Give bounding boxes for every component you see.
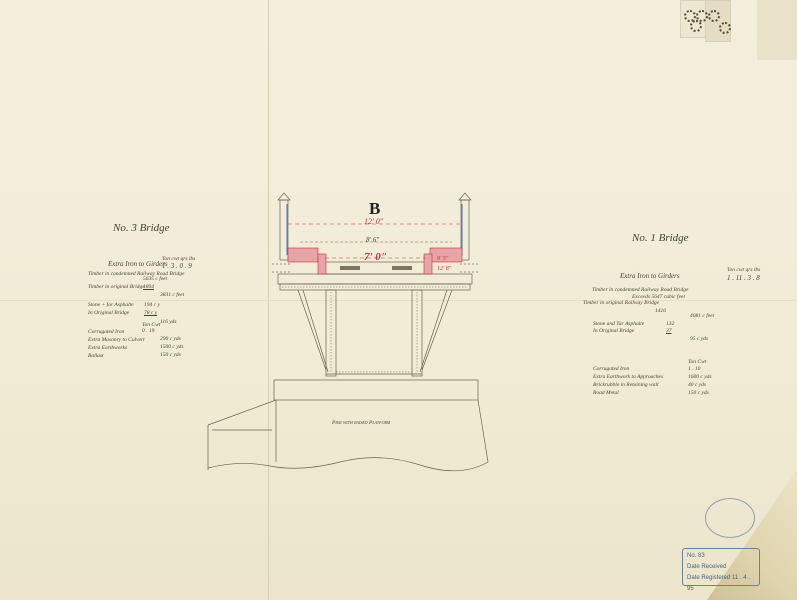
left-line-label: Timber in original Bridge xyxy=(88,284,145,290)
right-units-tons: Ton Cwt xyxy=(688,359,706,365)
dimension-top-width: 12' 0" xyxy=(364,217,383,226)
stamp-date-registered: Date Registered 11 . 4 . 95 xyxy=(687,573,755,595)
right-line-label: Timber in original Railway Bridge xyxy=(583,300,659,306)
right-line-label: Brickrubble in Retaining wall xyxy=(593,382,659,388)
left-line-value: 3831 c feet xyxy=(160,292,184,298)
right-line-value: 95 c yds xyxy=(690,336,708,342)
stamp-date-received: Date Received xyxy=(687,562,755,573)
dimension-right-1: 9' 5" xyxy=(437,256,448,262)
right-line-label: Road Metal xyxy=(593,390,619,396)
right-line-value: 1 . 10 xyxy=(688,366,700,372)
left-line-value: 0 . 19 xyxy=(142,328,154,334)
left-line-label: Corrugated Iron xyxy=(88,329,124,335)
right-line-value: 1600 c yds xyxy=(688,374,712,380)
left-line-label: Stone + for Asphalte xyxy=(88,302,134,308)
right-line-label: In Original Bridge xyxy=(593,328,634,334)
crown-seal-stamp-icon xyxy=(705,498,755,538)
right-line-value: 37 xyxy=(666,328,672,334)
right-units-header: Ton cwt qrs lbs xyxy=(727,267,760,273)
left-line-value: 290 c yds xyxy=(160,336,181,342)
left-line-value: 1 . 3 . 0 . 9 xyxy=(162,262,192,270)
stamp-number: No. 83 xyxy=(687,551,755,562)
bridge-section-drawing xyxy=(0,0,797,600)
right-line-value: 132 xyxy=(666,321,674,327)
right-panel-title: No. 1 Bridge xyxy=(632,232,689,244)
dimension-right-2: 12' 8" xyxy=(437,266,451,272)
right-line-label: Corrugated Iron xyxy=(593,366,629,372)
left-line-label: Timber in condemned Railway Road Bridge xyxy=(88,271,184,277)
left-line-value: 1804 xyxy=(143,284,154,290)
left-line-value: 5635 c feet xyxy=(143,276,167,282)
left-line-label: Ballast xyxy=(88,353,104,359)
pier-label: Pier with raised Platform xyxy=(332,420,390,426)
right-line-label: Extra Iron to Girders xyxy=(620,272,680,280)
right-line-label: Extra Earthwork to Approaches xyxy=(593,374,663,380)
dimension-inner-width: 7' 0" xyxy=(364,251,387,263)
dimension-mid-width: 8' 6" xyxy=(366,236,379,244)
left-line-value: 78 c y xyxy=(144,310,157,316)
left-line-label: Extra Iron to Girders xyxy=(108,260,168,268)
left-line-value: 1500 c yds xyxy=(160,344,184,350)
right-line-value: 40 c yds xyxy=(688,382,706,388)
left-line-value: 116 yds xyxy=(160,319,177,325)
left-line-value: 194 c y xyxy=(144,302,160,308)
left-line-value: 150 c yds xyxy=(160,352,181,358)
left-line-label: Extra Masonry to Culvert xyxy=(88,337,145,343)
section-label: B xyxy=(369,199,380,219)
left-line-label: In Original Bridge xyxy=(88,310,129,316)
right-line-value: 1416 xyxy=(655,308,666,314)
right-line-label: Timber in condemned Railway Road Bridge xyxy=(592,287,688,293)
left-panel-title: No. 3 Bridge xyxy=(113,222,170,234)
right-line-label: Stone and Tar Asphalte xyxy=(593,321,644,327)
left-line-label: Extra Earthworks xyxy=(88,345,127,351)
drawing-sheet: B 12' 0" 8' 6" 7' 0" 9' 5" 12' 8" Pier w… xyxy=(0,0,797,600)
registration-stamp: No. 83 Date Received Date Registered 11 … xyxy=(682,548,760,586)
right-line-value: 150 c yds xyxy=(688,390,709,396)
right-line-value: 1 . 11 . 3 . 8 xyxy=(727,274,760,282)
right-line-value: 4081 c feet xyxy=(690,313,714,319)
